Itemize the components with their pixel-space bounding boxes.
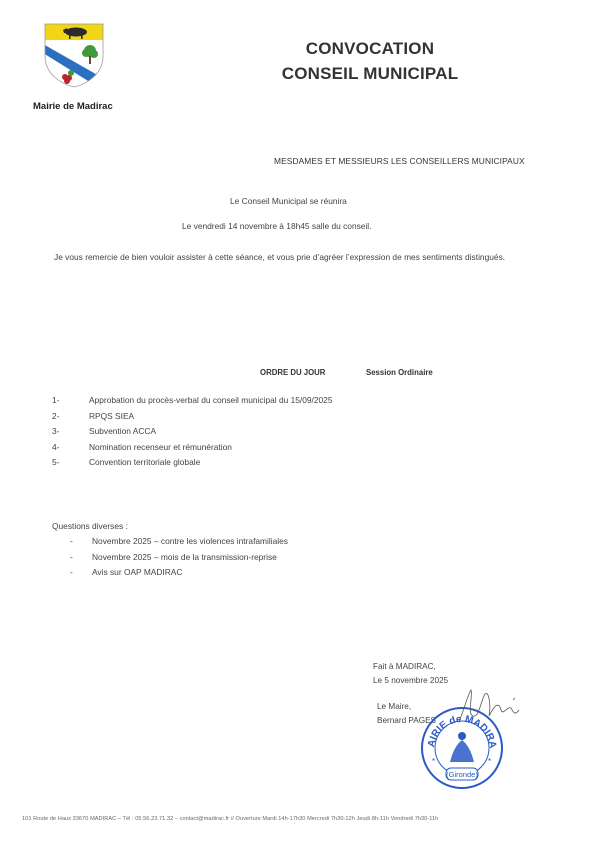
svg-text:*: * bbox=[432, 757, 435, 766]
agenda-item-text: RPQS SIEA bbox=[89, 409, 134, 425]
place-date: Fait à MADIRAC, Le 5 novembre 2025 bbox=[373, 660, 448, 688]
document-title: CONVOCATION CONSEIL MUNICIPAL bbox=[250, 36, 490, 86]
closing-paragraph: Je vous remercie de bien vouloir assiste… bbox=[54, 250, 554, 264]
signing-place: Fait à MADIRAC, bbox=[373, 660, 448, 674]
questions-title: Questions diverses : bbox=[52, 521, 128, 531]
bullet-dash: - bbox=[70, 565, 92, 581]
stamp-text-bottom: (Gironde) bbox=[446, 770, 478, 779]
bullet-dash: - bbox=[70, 534, 92, 550]
questions-list: - Novembre 2025 – contre les violences i… bbox=[70, 534, 288, 581]
agenda-title: ORDRE DU JOUR bbox=[260, 368, 325, 377]
agenda-item-number: 3- bbox=[52, 424, 89, 440]
agenda-item-number: 4- bbox=[52, 440, 89, 456]
session-type: Session Ordinaire bbox=[366, 368, 433, 377]
agenda-item-number: 5- bbox=[52, 455, 89, 471]
addressee: MESDAMES ET MESSIEURS LES CONSEILLERS MU… bbox=[274, 156, 525, 166]
agenda-item-number: 2- bbox=[52, 409, 89, 425]
agenda-item: 5- Convention territoriale globale bbox=[52, 455, 333, 471]
announcement: Le Conseil Municipal se réunira bbox=[230, 196, 347, 206]
footer-contact: 101 Route de Haux 33670 MADIRAC – Tél : … bbox=[22, 816, 438, 822]
bullet-dash: - bbox=[70, 550, 92, 566]
agenda-item-number: 1- bbox=[52, 393, 89, 409]
title-line-2: CONSEIL MUNICIPAL bbox=[250, 61, 490, 86]
title-line-1: CONVOCATION bbox=[250, 36, 490, 61]
question-item: - Novembre 2025 – mois de la transmissio… bbox=[70, 550, 288, 566]
question-text: Novembre 2025 – mois de la transmission-… bbox=[92, 550, 277, 566]
svg-text:*: * bbox=[488, 757, 491, 766]
agenda-item-text: Subvention ACCA bbox=[89, 424, 156, 440]
coat-of-arms-icon bbox=[43, 22, 105, 88]
agenda-item: 4- Nomination recenseur et rémunération bbox=[52, 440, 333, 456]
agenda-item-text: Approbation du procès-verbal du conseil … bbox=[89, 393, 333, 409]
municipality-label: Mairie de Madirac bbox=[33, 101, 113, 112]
agenda-list: 1- Approbation du procès-verbal du conse… bbox=[52, 393, 333, 471]
meeting-date: Le vendredi 14 novembre à 18h45 salle du… bbox=[182, 221, 372, 231]
signing-date: Le 5 novembre 2025 bbox=[373, 674, 448, 688]
agenda-item: 2- RPQS SIEA bbox=[52, 409, 333, 425]
question-item: - Novembre 2025 – contre les violences i… bbox=[70, 534, 288, 550]
agenda-item-text: Nomination recenseur et rémunération bbox=[89, 440, 232, 456]
question-item: - Avis sur OAP MADIRAC bbox=[70, 565, 288, 581]
question-text: Novembre 2025 – contre les violences int… bbox=[92, 534, 288, 550]
question-text: Avis sur OAP MADIRAC bbox=[92, 565, 182, 581]
agenda-item: 1- Approbation du procès-verbal du conse… bbox=[52, 393, 333, 409]
agenda-item-text: Convention territoriale globale bbox=[89, 455, 200, 471]
handwritten-signature-icon bbox=[455, 686, 525, 728]
agenda-item: 3- Subvention ACCA bbox=[52, 424, 333, 440]
